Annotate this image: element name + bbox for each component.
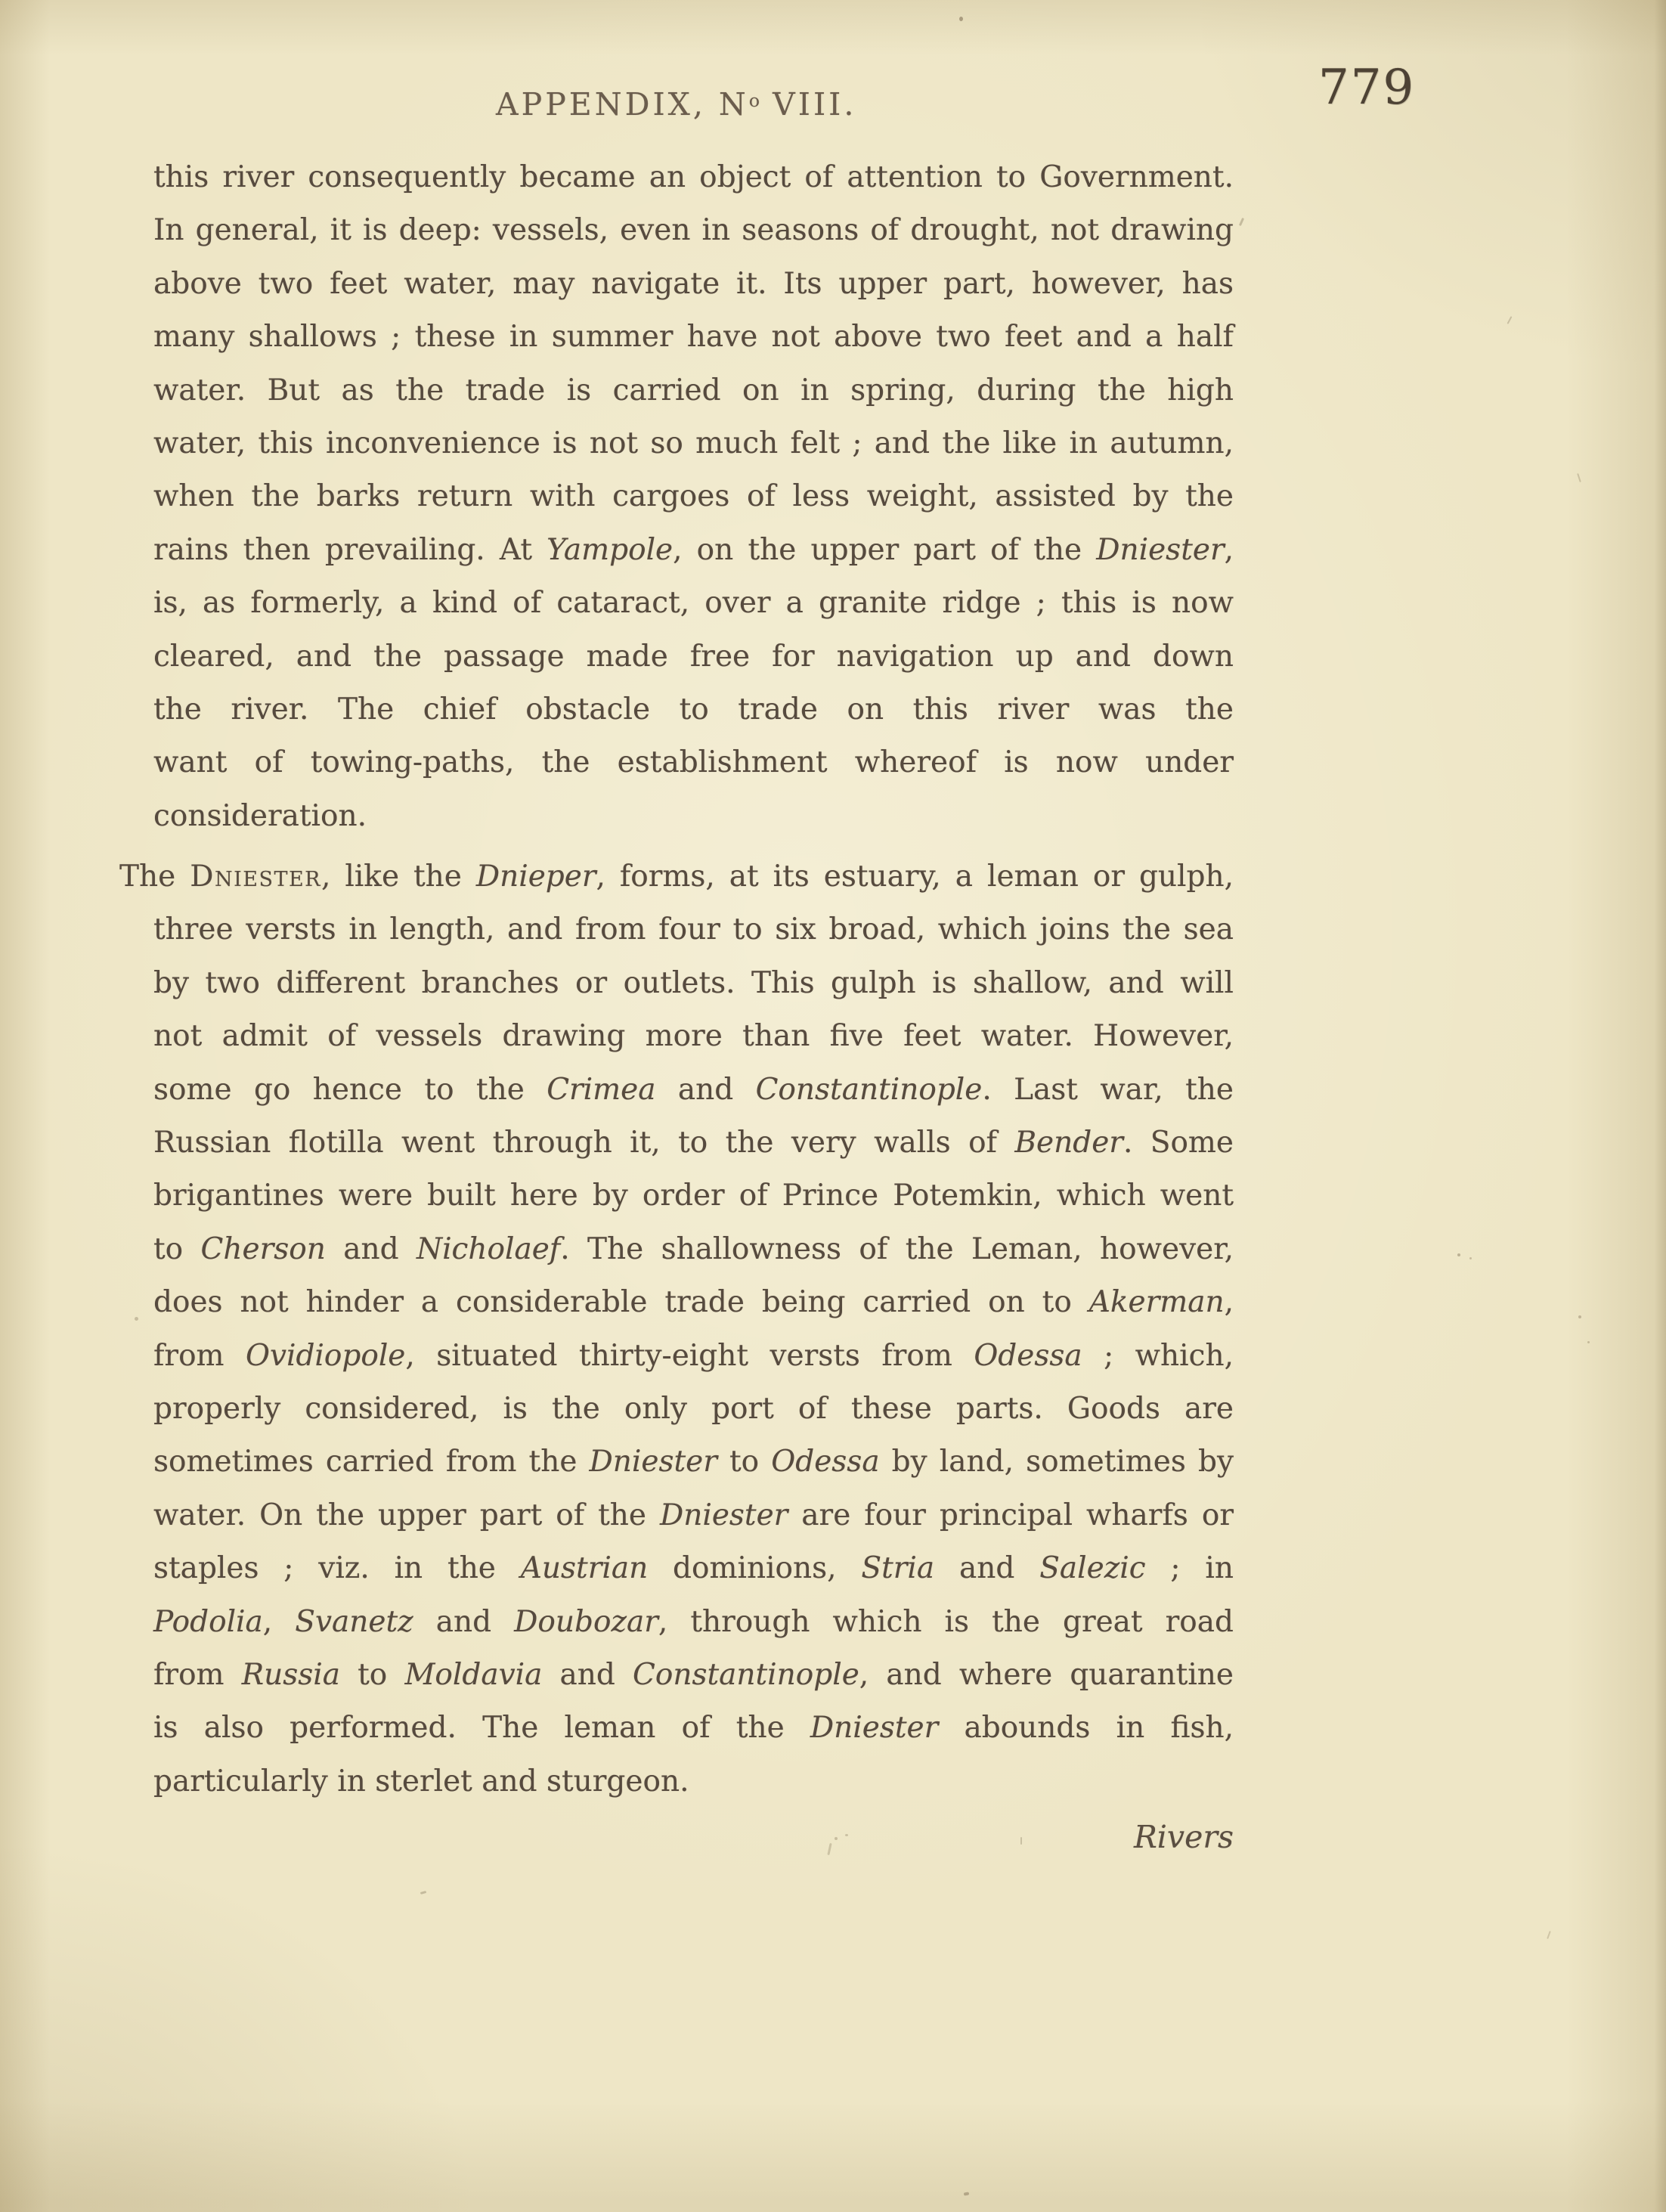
text-line: staples ; viz. in the Austrian dominions… <box>119 1542 1234 1595</box>
small-caps-text: Dniester <box>190 860 321 894</box>
text-line: this river consequently became an object… <box>119 151 1234 204</box>
text-line: some go hence to the Crimea and Constant… <box>119 1064 1234 1117</box>
text-line: consideration. <box>119 790 1234 843</box>
italic-text: Cherson <box>201 1232 326 1266</box>
italic-text: Dniester <box>810 1711 938 1745</box>
text-line: brigantines were built here by order of … <box>119 1170 1234 1222</box>
text-line: by two different branches or outlets. Th… <box>119 957 1234 1010</box>
paper-speck <box>959 17 963 21</box>
italic-text: Svanetz <box>295 1605 413 1639</box>
running-title-prefix: APPENDIX, N <box>496 86 749 122</box>
paper-speck <box>835 1837 838 1840</box>
text-line: particularly in sterlet and sturgeon. <box>119 1755 1234 1808</box>
italic-text: Stria <box>861 1551 934 1585</box>
paper-speck <box>964 2192 970 2195</box>
text-line: is, as formerly, a kind of cataract, ove… <box>119 577 1234 630</box>
text-line: to Cherson and Nicholaef. The shallownes… <box>119 1223 1234 1276</box>
text-line: does not hinder a considerable trade bei… <box>119 1276 1234 1329</box>
paragraph: this river consequently became an object… <box>119 151 1234 843</box>
ordinal-superscript: o <box>749 92 760 110</box>
running-title-suffix: VIII. <box>760 86 856 122</box>
italic-text: Yampole <box>547 533 673 567</box>
text-line: cleared, and the passage made free for n… <box>119 630 1234 683</box>
paper-speck <box>135 1317 138 1321</box>
text-line: water. But as the trade is carried on in… <box>119 364 1234 417</box>
text-line: properly considered, is the only port of… <box>119 1383 1234 1436</box>
text-line: from Russia to Moldavia and Constantinop… <box>119 1649 1234 1702</box>
catchword: Rivers <box>1043 1819 1234 1856</box>
italic-text: Moldavia <box>404 1658 542 1692</box>
italic-text: Ovidiopole <box>246 1339 405 1373</box>
italic-text: Dniester <box>660 1498 788 1532</box>
italic-text: Salezic <box>1039 1551 1145 1585</box>
running-title: APPENDIX, No VIII. <box>496 89 856 120</box>
text-line: above two feet water, may navigate it. I… <box>119 258 1234 311</box>
italic-text: Akerman <box>1089 1285 1225 1319</box>
text-line: many shallows ; these in summer have not… <box>119 311 1234 364</box>
text-line: when the barks return with cargoes of le… <box>119 470 1234 523</box>
text-line: water. On the upper part of the Dniester… <box>119 1489 1234 1542</box>
italic-text: Austrian <box>521 1551 648 1585</box>
paper-speck <box>1577 473 1581 482</box>
italic-text: Russia <box>242 1658 340 1692</box>
text-line: In general, it is deep: vessels, even in… <box>119 204 1234 257</box>
text-line: is also performed. The leman of the Dnie… <box>119 1702 1234 1755</box>
italic-text: Dniester <box>590 1445 717 1479</box>
italic-text: Odessa <box>974 1339 1082 1373</box>
text-line: The Dniester, like the Dnieper, forms, a… <box>119 850 1234 903</box>
paper-speck <box>1507 316 1513 324</box>
italic-text: Podolia <box>153 1605 263 1639</box>
paper-speck <box>1578 1315 1581 1318</box>
italic-text: Constantinople <box>633 1658 859 1692</box>
text-column: this river consequently became an object… <box>119 151 1234 1808</box>
paper-speck <box>1020 1837 1022 1845</box>
text-line: water, this inconvenience is not so much… <box>119 417 1234 470</box>
italic-text: Dnieper <box>476 860 596 894</box>
italic-text: Doubozar <box>514 1605 658 1639</box>
scanned-book-page: APPENDIX, No VIII. 779 this river conseq… <box>0 0 1666 2212</box>
italic-text: Bender <box>1014 1126 1123 1160</box>
paper-speck <box>845 1834 848 1836</box>
text-line: sometimes carried from the Dniester to O… <box>119 1436 1234 1489</box>
paper-speck <box>420 1891 427 1894</box>
italic-text: Nicholaef <box>416 1232 560 1266</box>
paper-speck <box>1587 1341 1590 1343</box>
italic-text: Dniester <box>1096 533 1224 567</box>
paper-speck <box>1469 1257 1472 1259</box>
text-line: Russian flotilla went through it, to the… <box>119 1117 1234 1170</box>
text-line: not admit of vessels drawing more than f… <box>119 1010 1234 1063</box>
text-line: Podolia, Svanetz and Doubozar, through w… <box>119 1596 1234 1649</box>
text-line: the river. The chief obstacle to trade o… <box>119 683 1234 736</box>
paper-speck <box>1239 218 1244 226</box>
text-line: from Ovidiopole, situated thirty-eight v… <box>119 1330 1234 1383</box>
italic-text: Constantinople <box>756 1073 983 1107</box>
paper-speck <box>1457 1253 1460 1256</box>
text-line: rains then prevailing. At Yampole, on th… <box>119 524 1234 577</box>
page-number: 779 <box>1318 64 1415 112</box>
text-line: want of towing-paths, the establishment … <box>119 736 1234 789</box>
text-line: three versts in length, and from four to… <box>119 903 1234 956</box>
paragraph: The Dniester, like the Dnieper, forms, a… <box>119 850 1234 1808</box>
italic-text: Crimea <box>547 1073 655 1107</box>
paper-speck <box>1547 1931 1551 1939</box>
italic-text: Odessa <box>771 1445 879 1479</box>
paper-speck <box>827 1843 831 1855</box>
